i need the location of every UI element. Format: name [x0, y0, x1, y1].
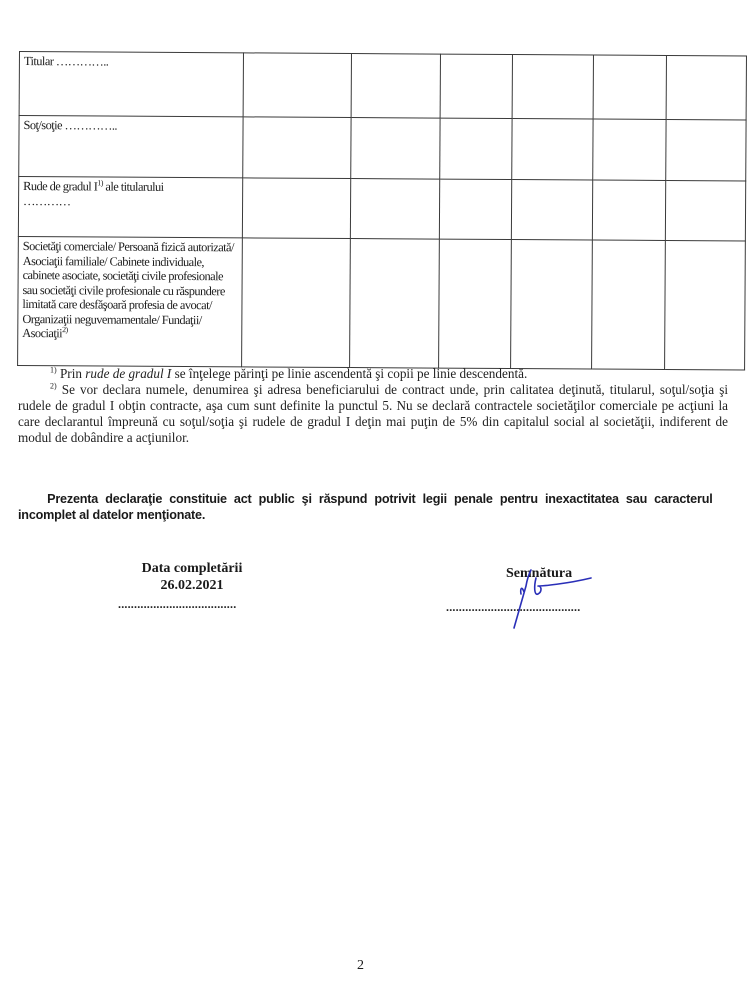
date-dotted-line: ..................................... [118, 596, 264, 613]
table-row-spouse: Soţ/soţie ………….. [19, 116, 746, 181]
table-cell [593, 180, 666, 240]
table-cell [440, 118, 512, 179]
table-cell [510, 240, 592, 369]
table-cell [664, 240, 745, 369]
table-cell [512, 119, 594, 180]
table-row-companies: Societăţi comerciale/ Persoană fizică au… [18, 236, 746, 369]
row-label-relatives: Rude de gradul I1) ale titularului………… [18, 177, 242, 238]
table-cell [592, 240, 665, 369]
date-block: Data completării 26.02.2021 ............… [112, 560, 272, 613]
table-cell [243, 117, 352, 179]
page-number: 2 [357, 958, 364, 974]
table-row-titular: Titular ………….. [19, 52, 746, 120]
table-cell [351, 118, 441, 180]
footnotes: 1) Prin rude de gradul I se înţelege păr… [18, 366, 728, 446]
table-cell [350, 179, 440, 240]
date-value: 26.02.2021 [112, 577, 272, 594]
table-row-relatives: Rude de gradul I1) ale titularului………… [18, 177, 745, 241]
legal-statement: Prezenta declaraţie constituie act publi… [18, 491, 713, 523]
table-cell [666, 55, 747, 119]
table-cell [351, 54, 441, 119]
row-label-companies: Societăţi comerciale/ Persoană fizică au… [18, 236, 243, 366]
table-cell [512, 55, 594, 119]
row-label-spouse: Soţ/soţie ………….. [19, 116, 243, 178]
table-cell [665, 119, 746, 180]
table-cell [440, 54, 512, 118]
handwritten-signature-icon [496, 564, 636, 634]
table-cell [439, 239, 511, 368]
table-cell [242, 238, 351, 368]
table-cell [593, 55, 666, 119]
declaration-table: Titular ………….. Soţ/soţie ………….. Rude de … [17, 51, 747, 370]
footnote-1: 1) Prin rude de gradul I se înţelege păr… [18, 366, 728, 382]
table-cell [243, 53, 352, 118]
table-cell [665, 180, 746, 240]
date-label: Data completării [112, 560, 272, 577]
table-cell [593, 119, 666, 180]
table-cell [511, 180, 593, 240]
document-page: Titular ………….. Soţ/soţie ………….. Rude de … [0, 0, 747, 1006]
table-cell [350, 239, 440, 369]
footnote-2: 2) Se vor declara numele, denumirea şi a… [18, 382, 728, 446]
row-label-titular: Titular ………….. [19, 52, 243, 117]
table-cell [440, 179, 512, 239]
table-cell [242, 178, 351, 239]
